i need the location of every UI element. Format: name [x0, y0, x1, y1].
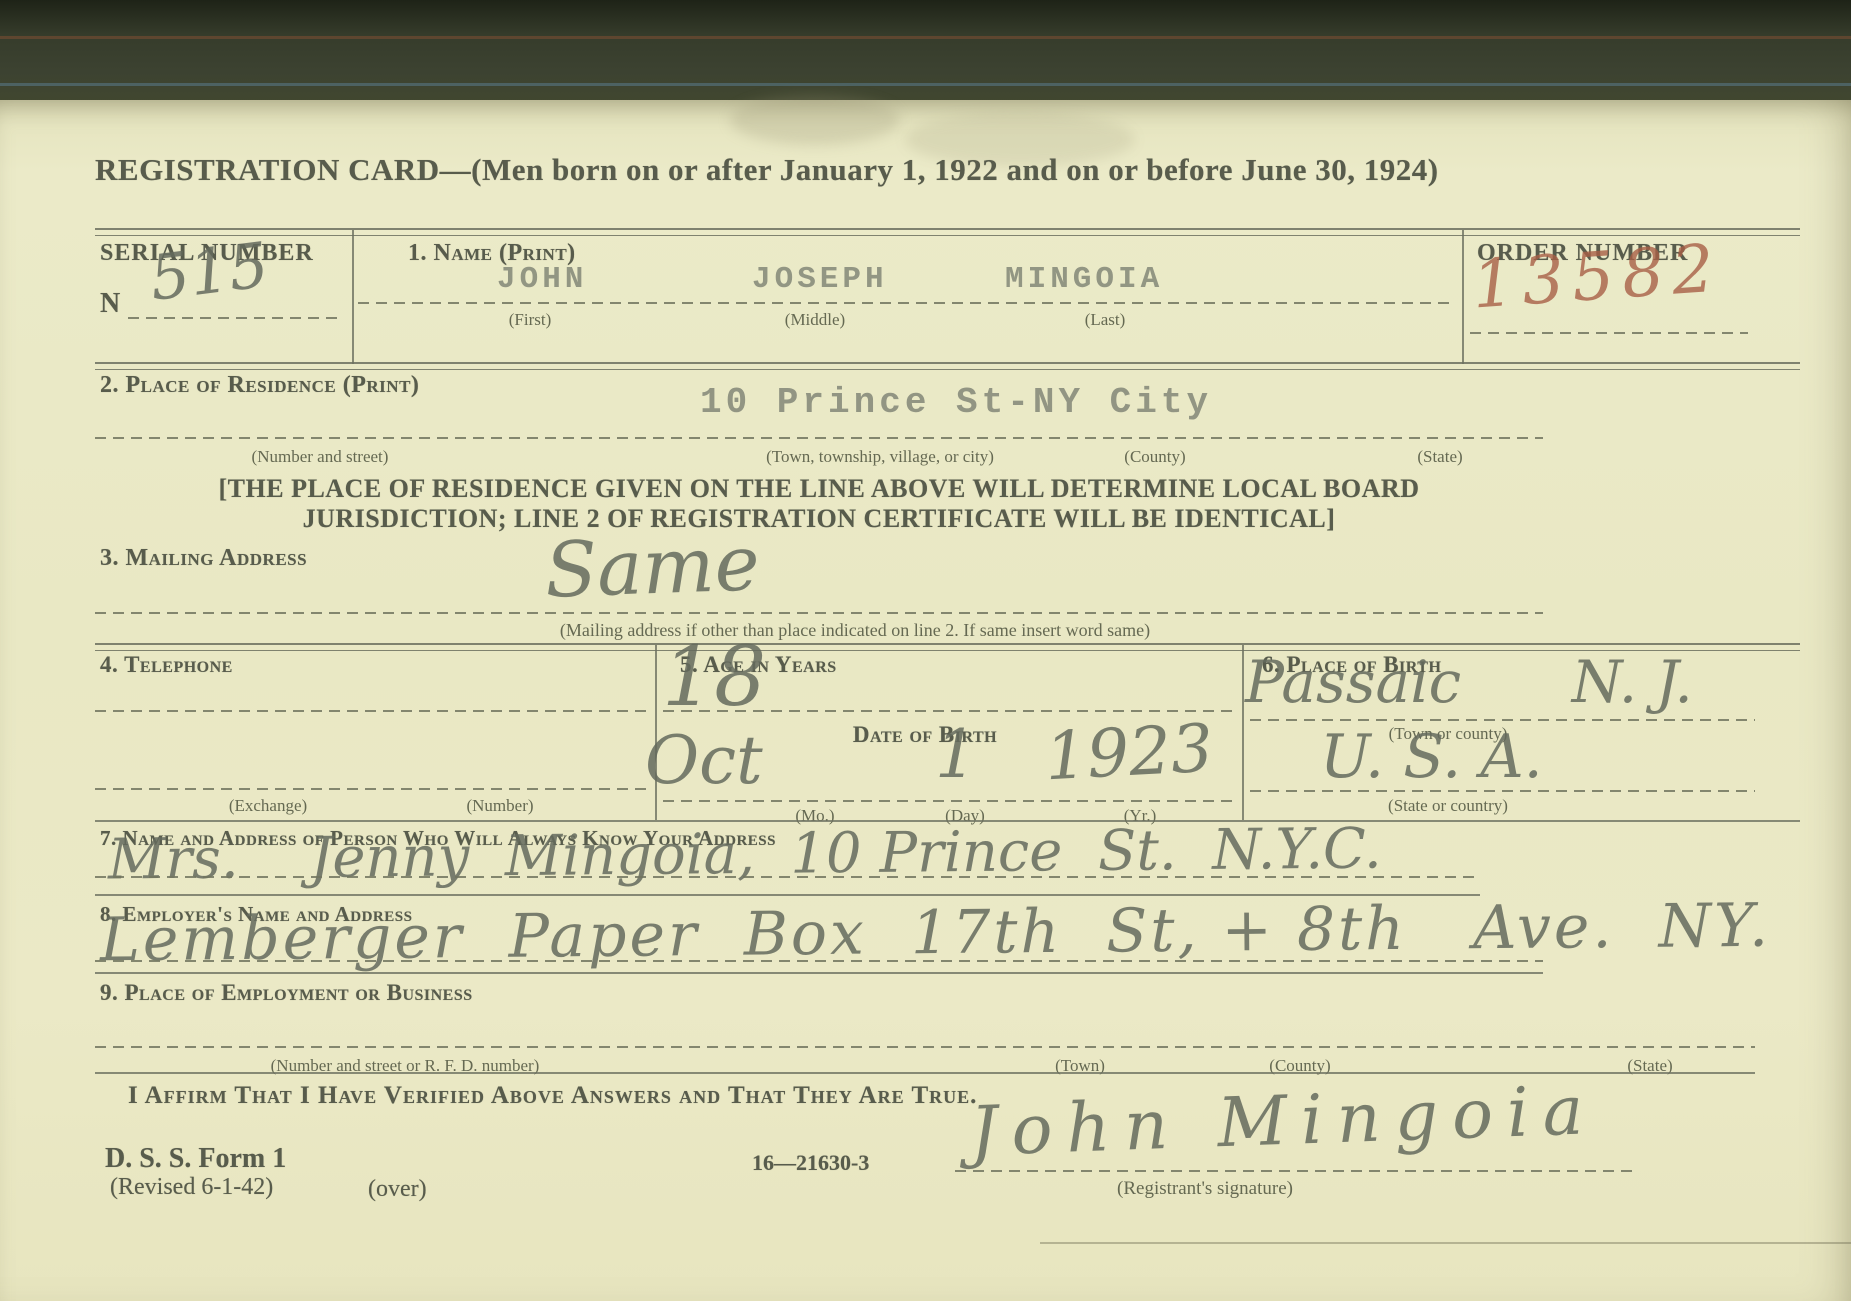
name-last-value: MINGOIA	[1005, 262, 1163, 297]
telephone-line-2	[95, 788, 650, 790]
residence-line	[95, 437, 1543, 439]
mailing-line	[95, 612, 1543, 614]
birth-country-line	[1250, 790, 1755, 792]
paper-smudge	[730, 95, 900, 145]
age-line	[663, 710, 1235, 712]
scanned-registration-card: REGISTRATION CARD—(Men born on or after …	[0, 0, 1851, 1301]
scanner-background	[0, 0, 1851, 102]
scan-artifact-blue-line	[0, 83, 1851, 86]
form-number: D. S. S. Form 1	[105, 1143, 286, 1175]
rule-row8	[95, 972, 1543, 974]
telephone-sub-number: (Number)	[466, 796, 533, 816]
dob-day-value: 1	[935, 716, 977, 793]
dob-month-value: Oct	[645, 722, 763, 799]
residence-sub-town: (Town, township, village, or city)	[766, 447, 994, 467]
residence-sub-state: (State)	[1417, 447, 1462, 467]
jurisdiction-note-line2: JURISDICTION; LINE 2 OF REGISTRATION CER…	[95, 504, 1543, 534]
scan-artifact-fold-line	[1040, 1242, 1851, 1244]
serial-line	[128, 317, 340, 319]
serial-prefix: N	[100, 288, 120, 320]
serial-number-value: 515	[146, 228, 272, 315]
birth-sub-country: (State or country)	[1388, 796, 1508, 816]
contact-value: Mrs. Jenny Mingoia, 10 Prince St. N.Y.C.	[108, 816, 1382, 892]
name-first-value: JOHN	[497, 262, 587, 297]
employer-value: Lemberger Paper Box 17th St, + 8th Ave. …	[100, 891, 1772, 976]
employment-line	[95, 1046, 1755, 1048]
name-line	[358, 302, 1456, 304]
residence-value: 10 Prince St-NY City	[700, 382, 1212, 423]
mailing-address-value: Same	[544, 518, 761, 614]
telephone-label: 4. Telephone	[100, 652, 233, 678]
telephone-sub-exchange: (Exchange)	[229, 796, 307, 816]
telephone-line-1	[95, 710, 650, 712]
divider-age-birth	[1242, 645, 1244, 820]
name-sub-last: (Last)	[1085, 310, 1126, 330]
divider-serial-name	[352, 230, 354, 364]
form-revision: (Revised 6-1-42)	[110, 1174, 273, 1201]
employer-line	[95, 960, 1543, 962]
scan-artifact-red-line	[0, 36, 1851, 39]
dob-year-value: 1923	[1043, 710, 1215, 796]
name-sub-middle: (Middle)	[785, 310, 845, 330]
dob-line	[663, 800, 1235, 802]
signature-line	[955, 1170, 1635, 1172]
name-sub-first: (First)	[509, 310, 552, 330]
affirmation-text: I Affirm That I Have Verified Above Answ…	[128, 1082, 977, 1110]
mailing-sub: (Mailing address if other than place ind…	[560, 620, 1150, 641]
card-title: REGISTRATION CARD—(Men born on or after …	[95, 152, 1439, 188]
birth-country-value: U. S. A.	[1320, 722, 1543, 792]
rule-top	[95, 228, 1800, 236]
employment-label: 9. Place of Employment or Business	[100, 980, 473, 1006]
signature-sub-label: (Registrant's signature)	[1117, 1178, 1293, 1200]
over-note: (over)	[368, 1176, 427, 1203]
birth-town-value: Passaic N. J.	[1245, 648, 1693, 716]
residence-label: 2. Place of Residence (Print)	[100, 372, 419, 399]
jurisdiction-note-line1: [THE PLACE OF RESIDENCE GIVEN ON THE LIN…	[95, 474, 1543, 504]
name-middle-value: JOSEPH	[752, 262, 888, 297]
contact-line	[95, 876, 1480, 878]
print-code: 16—21630-3	[752, 1150, 869, 1176]
rule-row1	[95, 362, 1800, 370]
order-line	[1470, 332, 1748, 334]
residence-sub-county: (County)	[1124, 447, 1185, 467]
divider-name-order	[1462, 230, 1464, 364]
birth-town-line	[1250, 719, 1755, 721]
mailing-address-label: 3. Mailing Address	[100, 545, 307, 572]
residence-sub-number-street: (Number and street)	[252, 447, 389, 467]
